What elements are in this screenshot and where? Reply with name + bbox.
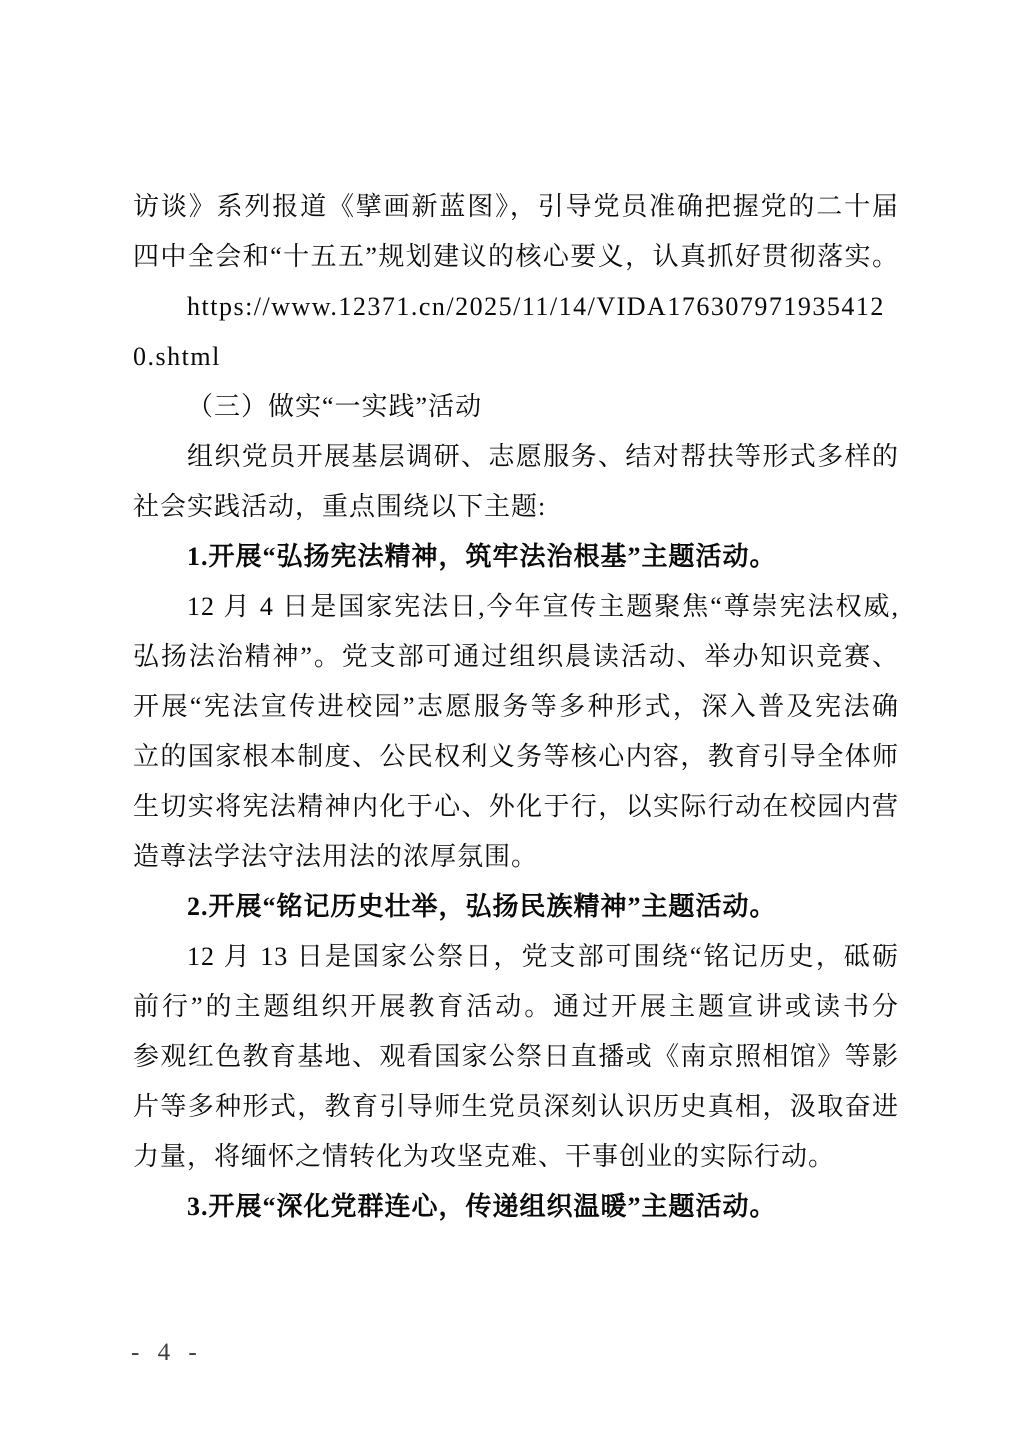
document-page: 访谈》系列报道《擘画新蓝图》，引导党员准确把握党的二十届 四中全会和“十五五”规…: [0, 0, 1024, 1448]
paragraph-line: 访谈》系列报道《擘画新蓝图》，引导党员准确把握党的二十届: [133, 182, 899, 232]
paragraph-line: 片等多种形式，教育引导师生党员深刻认识历史真相，汲取奋进: [133, 1082, 899, 1132]
paragraph-line: 四中全会和“十五五”规划建议的核心要义，认真抓好贯彻落实。: [133, 232, 899, 282]
paragraph-line: 组织党员开展基层调研、志愿服务、结对帮扶等形式多样的: [133, 432, 899, 482]
paragraph-line: 前行”的主题组织开展教育活动。通过开展主题宣讲或读书分享、: [133, 982, 899, 1032]
url-line-continuation: 0.shtml: [133, 332, 899, 382]
paragraph-line: 开展“宪法宣传进校园”志愿服务等多种形式，深入普及宪法确: [133, 682, 899, 732]
section-heading-line: （三）做实“一实践”活动: [133, 382, 899, 432]
paragraph-line: 力量，将缅怀之情转化为攻坚克难、干事创业的实际行动。: [133, 1132, 899, 1182]
topic-2-heading-line: 2.开展“铭记历史壮举，弘扬民族精神”主题活动。: [133, 882, 899, 932]
paragraph-line: 社会实践活动，重点围绕以下主题:: [133, 482, 899, 532]
topic-1-heading-line: 1.开展“弘扬宪法精神，筑牢法治根基”主题活动。: [133, 532, 899, 582]
paragraph-line: 造尊法学法守法用法的浓厚氛围。: [133, 832, 899, 882]
paragraph-line: 立的国家根本制度、公民权利义务等核心内容，教育引导全体师: [133, 732, 899, 782]
paragraph-line: 12 月 4 日是国家宪法日,今年宣传主题聚焦“尊崇宪法权威,: [133, 582, 899, 632]
paragraph-line: 参观红色教育基地、观看国家公祭日直播或《南京照相馆》等影: [133, 1032, 899, 1082]
paragraph-line: 弘扬法治精神”。党支部可通过组织晨读活动、举办知识竞赛、: [133, 632, 899, 682]
page-number: - 4 -: [131, 1336, 203, 1370]
paragraph-line: 12 月 13 日是国家公祭日，党支部可围绕“铭记历史，砥砺: [133, 932, 899, 982]
url-line: https://www.12371.cn/2025/11/14/VIDA1763…: [133, 282, 899, 332]
topic-3-heading-line: 3.开展“深化党群连心，传递组织温暖”主题活动。: [133, 1182, 899, 1232]
document-content: 访谈》系列报道《擘画新蓝图》，引导党员准确把握党的二十届 四中全会和“十五五”规…: [133, 182, 899, 1232]
paragraph-line: 生切实将宪法精神内化于心、外化于行，以实际行动在校园内营: [133, 782, 899, 832]
